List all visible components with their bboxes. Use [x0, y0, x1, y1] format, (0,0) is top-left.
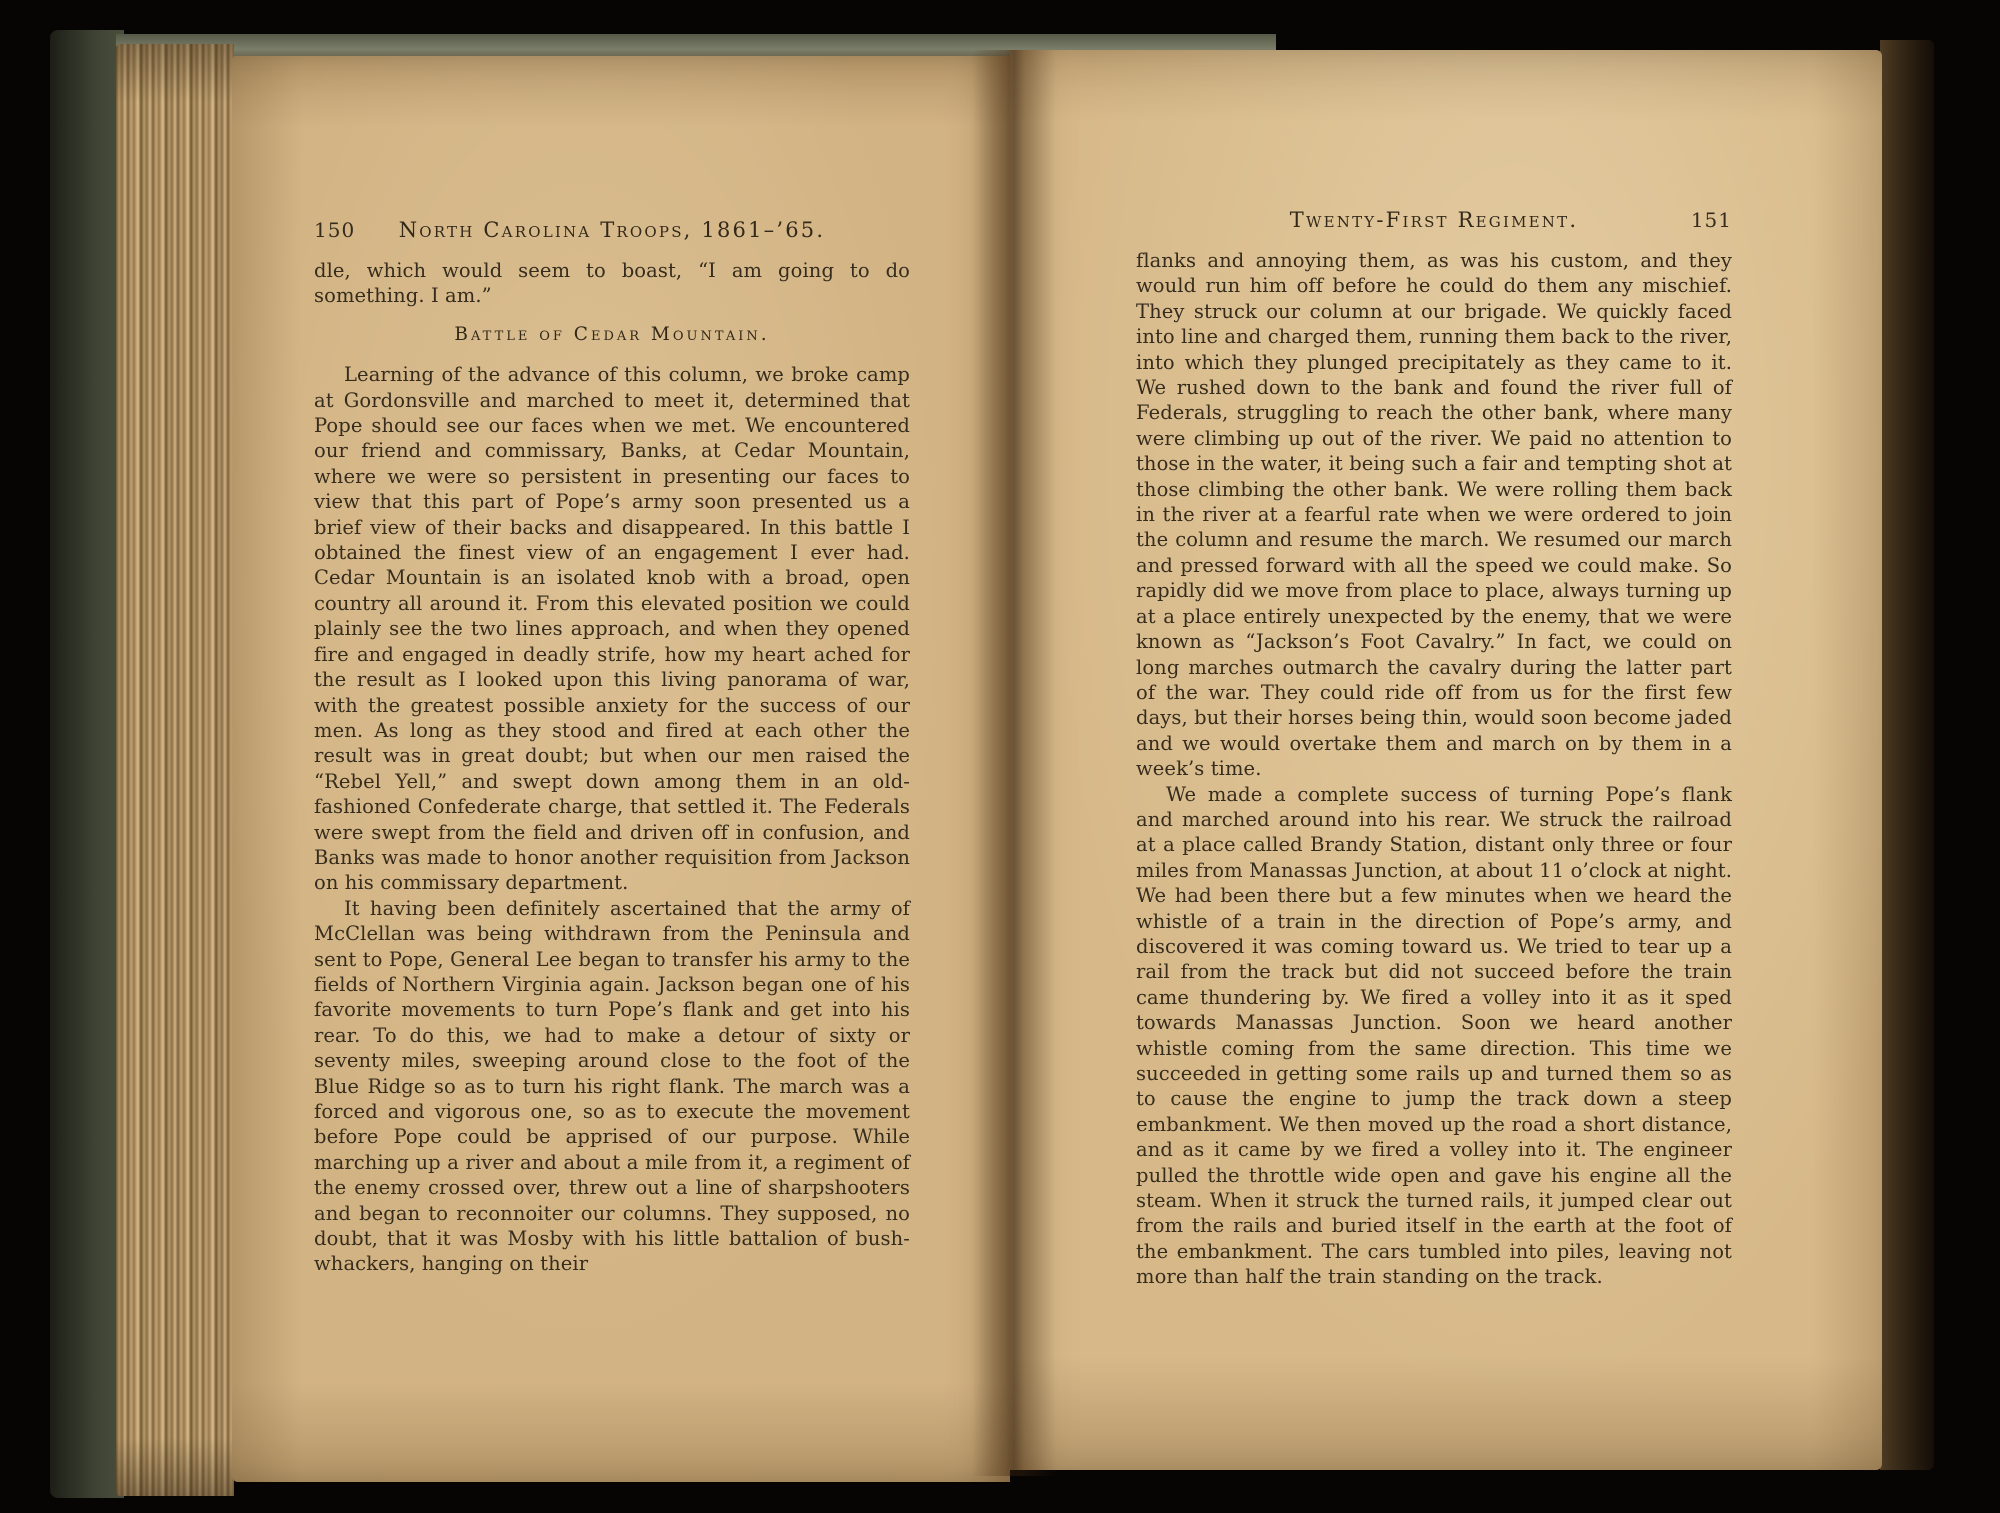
paragraph: It having been definitely ascertained th…	[314, 896, 910, 1277]
book-fore-edge-right	[1880, 40, 1934, 1470]
page-number: 150	[314, 218, 386, 242]
running-header-title: Twenty-First Regiment.	[1208, 208, 1660, 232]
paragraph: We made a complete success of turning Po…	[1136, 782, 1732, 1290]
page-left: 150 North Carolina Troops, 1861–’65. dle…	[232, 56, 1010, 1482]
page-number: 151	[1660, 208, 1732, 232]
running-head-left: 150 North Carolina Troops, 1861–’65.	[314, 218, 910, 242]
page-body: flanks and annoying them, as was his cus…	[1136, 248, 1732, 1290]
page-body: dle, which would seem to boast, “I am go…	[314, 258, 910, 1277]
page-left-content: 150 North Carolina Troops, 1861–’65. dle…	[314, 218, 910, 1277]
book-scan-photo: 150 North Carolina Troops, 1861–’65. dle…	[0, 0, 2000, 1513]
stacked-page-edges	[116, 44, 234, 1496]
running-head-right: Twenty-First Regiment. 151	[1136, 208, 1732, 232]
running-header-title: North Carolina Troops, 1861–’65.	[386, 218, 838, 242]
paragraph: Learning of the advance of this column, …	[314, 362, 910, 896]
continuation-paragraph: dle, which would seem to boast, “I am go…	[314, 258, 910, 309]
page-right: Twenty-First Regiment. 151 flanks and an…	[1010, 50, 1882, 1470]
section-heading: Battle of Cedar Mountain.	[314, 322, 910, 347]
continuation-paragraph: flanks and annoying them, as was his cus…	[1136, 248, 1732, 782]
page-right-content: Twenty-First Regiment. 151 flanks and an…	[1136, 208, 1732, 1290]
book-cover-left-edge	[50, 30, 124, 1498]
